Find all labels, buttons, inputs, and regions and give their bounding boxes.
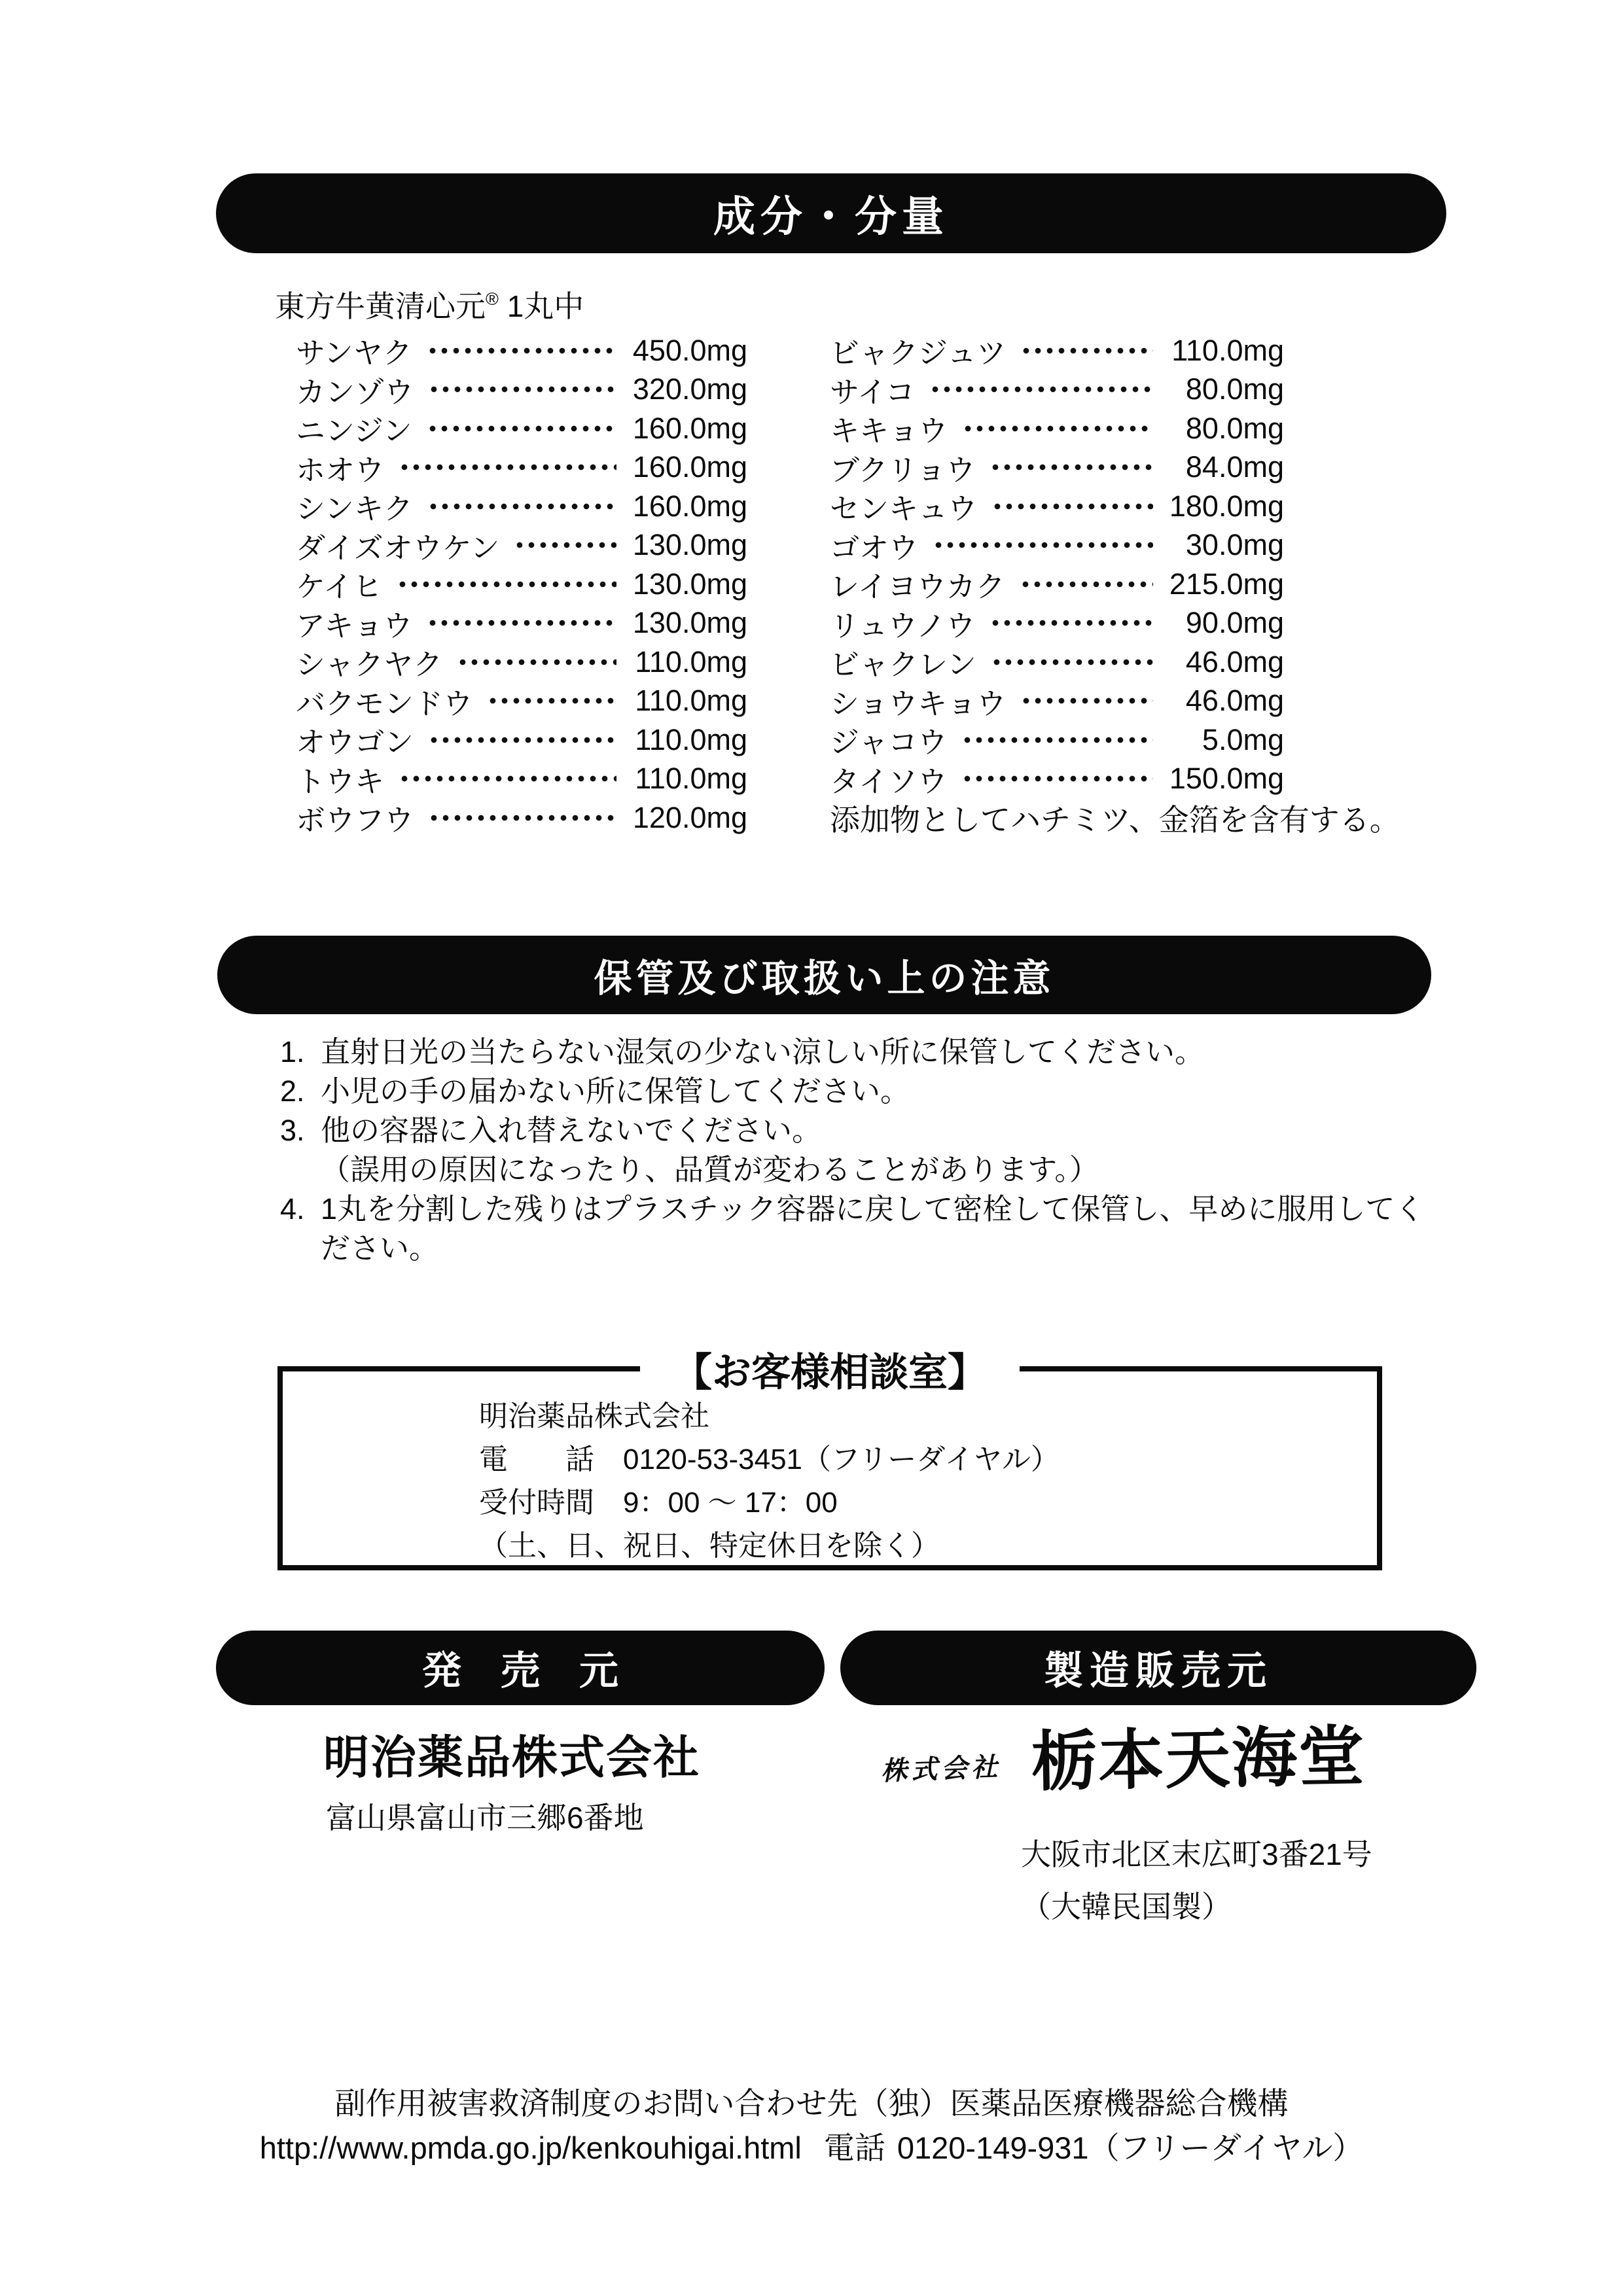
ingredient-name: ショウキョウ [830, 680, 1006, 722]
ingredient-row: バクモンドウ 110.0mg [296, 682, 747, 721]
dot-leader [427, 331, 616, 370]
section-header-manufacturer: 製造販売元 [840, 1631, 1476, 1705]
ingredient-row: カンゾウ 320.0mg [296, 370, 747, 410]
dot-leader [1020, 565, 1153, 604]
ingredient-row: トウキ 110.0mg [296, 760, 747, 799]
package-insert-page: 成分・分量 東方牛黄清心元® 1丸中 サンヤク 450.0mg カンゾウ 320… [0, 0, 1623, 2296]
ingredient-row: ダイズオウケン 130.0mg [296, 526, 747, 565]
ingredient-amount: 130.0mg [626, 528, 747, 562]
ingredient-amount: 160.0mg [626, 412, 747, 446]
footer-tel-number: 0120-149-931（フリーダイヤル） [897, 2130, 1363, 2165]
precaution-text: 1丸を分割した残りはプラスチック容器に戻して密栓して保管し、早めに服用してくださ… [321, 1190, 1438, 1268]
ingredient-row: レイヨウカク 215.0mg [830, 565, 1284, 604]
ingredient-amount: 110.0mg [626, 645, 747, 679]
ingredient-amount: 110.0mg [626, 762, 747, 796]
ingredient-name: ビャクジュツ [830, 329, 1006, 372]
ingredient-column-right: ビャクジュツ 110.0mg サイコ 80.0mg キキョウ 80.0mg [830, 331, 1284, 838]
product-unit-suffix: 1丸中 [507, 289, 584, 323]
precaution-item: （誤用の原因になったり、品質が変わることがあります。） [280, 1150, 1438, 1190]
ingredient-row: キキョウ 80.0mg [830, 409, 1284, 448]
ingredient-name: アキョウ [296, 602, 412, 645]
dot-leader [991, 643, 1153, 682]
additives-note: 添加物としてハチミツ、金箔を含有する。 [830, 798, 1284, 838]
ingredient-name: バクモンドウ [296, 680, 473, 722]
ingredient-name: サンヤク [296, 329, 412, 372]
precaution-item: 2. 小児の手の届かない所に保管してください。 [280, 1072, 1438, 1111]
contact-closed-note: （土、日、祝日、特定休日を除く） [479, 1525, 1377, 1568]
precaution-number: 1. [280, 1033, 321, 1072]
ingredient-name: センキュウ [830, 485, 977, 527]
phone-number: 0120-53-3451（フリーダイヤル） [623, 1438, 1060, 1481]
precaution-number: 3. [280, 1111, 321, 1150]
distributor-address: 富山県富山市三郷6番地 [326, 1794, 644, 1837]
dot-leader [399, 448, 616, 487]
dot-leader [991, 487, 1153, 526]
ingredient-amount: 450.0mg [626, 334, 747, 368]
ingredient-amount: 80.0mg [1162, 372, 1284, 406]
manufacturer-address: 大阪市北区末広町3番21号 [1021, 1831, 1372, 1874]
precaution-item: 1. 直射日光の当たらない湿気の少ない涼しい所に保管してください。 [280, 1033, 1438, 1072]
dot-leader [427, 487, 616, 526]
ingredient-row: ホオウ 160.0mg [296, 448, 747, 487]
ingredient-amount: 90.0mg [1162, 606, 1284, 640]
contact-phone-row: 電 話 0120-53-3451（フリーダイヤル） [479, 1438, 1377, 1481]
dot-leader [929, 370, 1153, 410]
customer-contact-box: 【お客様相談室】 明治薬品株式会社 電 話 0120-53-3451（フリーダイ… [277, 1366, 1382, 1570]
footer-url: http://www.pmda.go.jp/kenkouhigai.html [260, 2130, 802, 2165]
precaution-item: 4. 1丸を分割した残りはプラスチック容器に戻して密栓して保管し、早めに服用して… [280, 1190, 1438, 1268]
ingredient-name: ニンジン [296, 407, 412, 450]
dot-leader [990, 448, 1153, 487]
ingredient-amount: 160.0mg [626, 450, 747, 484]
ingredient-row: ブクリョウ 84.0mg [830, 448, 1284, 487]
ingredient-row: シンキク 160.0mg [296, 487, 747, 526]
dot-leader [961, 760, 1153, 799]
ingredient-name: ジャコウ [830, 718, 947, 761]
section-header-storage: 保管及び取扱い上の注意 [217, 936, 1431, 1014]
dot-leader [514, 526, 616, 565]
ingredient-name: オウゴン [296, 718, 414, 761]
ingredient-amount: 46.0mg [1162, 684, 1284, 718]
ingredient-name: ケイヒ [296, 563, 382, 605]
ingredient-amount: 180.0mg [1162, 489, 1284, 523]
registered-mark: ® [486, 289, 499, 309]
footer-tel-label: 電話 [824, 2130, 885, 2165]
dot-leader [399, 760, 616, 799]
ingredient-name: サイコ [830, 368, 915, 411]
precaution-number [280, 1150, 321, 1190]
ingredient-column-left: サンヤク 450.0mg カンゾウ 320.0mg ニンジン 160.0mg ホ… [296, 331, 747, 838]
dot-leader [990, 604, 1153, 643]
ingredient-amount: 160.0mg [626, 489, 747, 523]
ingredient-row: ニンジン 160.0mg [296, 409, 747, 448]
section-header-ingredients: 成分・分量 [216, 173, 1446, 253]
ingredient-amount: 5.0mg [1162, 723, 1284, 757]
ingredient-amount: 80.0mg [1162, 412, 1284, 446]
precaution-number: 2. [280, 1072, 321, 1111]
dot-leader [428, 798, 616, 838]
dot-leader [933, 526, 1153, 565]
product-name: 東方牛黄清心元 [275, 289, 486, 323]
precaution-text: 直射日光の当たらない湿気の少ない涼しい所に保管してください。 [321, 1033, 1438, 1072]
dot-leader [428, 720, 616, 760]
dot-leader [457, 643, 616, 682]
dot-leader [1020, 331, 1153, 370]
dot-leader [428, 370, 616, 410]
ingredient-name: ブクリョウ [830, 446, 975, 489]
ingredient-name: レイヨウカク [830, 563, 1005, 605]
ingredient-row: ビャクジュツ 110.0mg [830, 331, 1284, 370]
manufacturer-company-prefix: 株式会社 [880, 1746, 1002, 1788]
precaution-item: 3. 他の容器に入れ替えないでください。 [280, 1111, 1438, 1150]
ingredient-row: ビャクレン 46.0mg [830, 643, 1284, 682]
ingredient-amount: 320.0mg [626, 372, 747, 406]
dot-leader [961, 720, 1153, 760]
ingredient-amount: 120.0mg [626, 801, 747, 835]
section-header-distributor: 発 売 元 [216, 1631, 825, 1705]
ingredient-row: サンヤク 450.0mg [296, 331, 747, 370]
section-header-manufacturer-label: 製造販売元 [1044, 1640, 1273, 1696]
ingredient-row: シャクヤク 110.0mg [296, 643, 747, 682]
ingredient-amount: 130.0mg [626, 567, 747, 601]
ingredient-name: ボウフウ [296, 796, 414, 839]
dot-leader [962, 409, 1153, 448]
dot-leader [427, 409, 616, 448]
contact-hours-row: 受付時間 9：00 ～ 17：00 [479, 1481, 1377, 1525]
ingredient-amount: 110.0mg [626, 723, 747, 757]
ingredient-row: ケイヒ 130.0mg [296, 565, 747, 604]
ingredient-amount: 130.0mg [626, 606, 747, 640]
dot-leader [397, 565, 616, 604]
ingredient-row: ゴオウ 30.0mg [830, 526, 1284, 565]
contact-box-body: 明治薬品株式会社 電 話 0120-53-3451（フリーダイヤル） 受付時間 … [283, 1371, 1377, 1568]
contact-company: 明治薬品株式会社 [479, 1395, 1377, 1438]
ingredient-name: リュウノウ [830, 602, 975, 645]
ingredient-row: ショウキョウ 46.0mg [830, 682, 1284, 721]
ingredient-name: カンゾウ [296, 368, 414, 411]
hours-value: 9：00 ～ 17：00 [623, 1481, 838, 1525]
ingredient-name: シンキク [296, 485, 413, 527]
ingredient-amount: 110.0mg [1162, 334, 1284, 368]
ingredient-amount: 150.0mg [1162, 762, 1284, 796]
section-header-distributor-label: 発 売 元 [422, 1640, 618, 1696]
precaution-text: 小児の手の届かない所に保管してください。 [321, 1072, 1438, 1111]
ingredient-row: ボウフウ 120.0mg [296, 798, 747, 838]
ingredient-row: リュウノウ 90.0mg [830, 604, 1284, 643]
ingredient-amount: 84.0mg [1162, 450, 1284, 484]
footer-contact-line: http://www.pmda.go.jp/kenkouhigai.html電話… [0, 2124, 1623, 2168]
ingredient-name: タイソウ [830, 758, 947, 800]
ingredient-row: ジャコウ 5.0mg [830, 720, 1284, 760]
manufacturer-company-logo: 栃本天海堂 [1031, 1704, 1366, 1804]
ingredient-name: ゴオウ [830, 524, 918, 567]
precaution-text: （誤用の原因になったり、品質が変わることがあります。） [321, 1150, 1438, 1190]
ingredient-name: シャクヤク [296, 641, 442, 683]
ingredient-amount: 110.0mg [626, 684, 747, 718]
phone-label: 電 話 [479, 1438, 623, 1481]
contact-box-title: 【お客様相談室】 [640, 1341, 1020, 1398]
distributor-company: 明治薬品株式会社 [323, 1721, 700, 1787]
precaution-text: 他の容器に入れ替えないでください。 [321, 1111, 1438, 1150]
ingredient-row: オウゴン 110.0mg [296, 720, 747, 760]
ingredient-row: センキュウ 180.0mg [830, 487, 1284, 526]
manufacturer-origin-note: （大韓民国製） [1021, 1883, 1232, 1926]
dot-leader [427, 604, 616, 643]
ingredient-name: ホオウ [296, 446, 384, 489]
footer-relief-system-note: 副作用被害救済制度のお問い合わせ先（独）医薬品医療機器総合機構 [0, 2079, 1623, 2123]
dot-leader [1020, 682, 1153, 721]
ingredient-amount: 215.0mg [1162, 567, 1284, 601]
ingredient-name: ダイズオウケン [296, 524, 499, 567]
ingredient-name: キキョウ [830, 407, 948, 450]
ingredient-name: ビャクレン [830, 641, 976, 683]
ingredient-row: サイコ 80.0mg [830, 370, 1284, 410]
ingredient-amount: 46.0mg [1162, 645, 1284, 679]
dot-leader [487, 682, 616, 721]
precaution-number: 4. [280, 1190, 321, 1268]
hours-label: 受付時間 [479, 1481, 623, 1525]
ingredient-amount: 30.0mg [1162, 528, 1284, 562]
product-line: 東方牛黄清心元® 1丸中 [275, 283, 584, 326]
ingredient-row: タイソウ 150.0mg [830, 760, 1284, 799]
storage-precaution-list: 1. 直射日光の当たらない湿気の少ない涼しい所に保管してください。 2. 小児の… [280, 1033, 1438, 1268]
ingredient-name: トウキ [296, 758, 384, 800]
section-header-storage-label: 保管及び取扱い上の注意 [594, 947, 1054, 1002]
ingredient-row: アキョウ 130.0mg [296, 604, 747, 643]
section-header-ingredients-label: 成分・分量 [713, 183, 949, 243]
ingredient-column-right-rows: ビャクジュツ 110.0mg サイコ 80.0mg キキョウ 80.0mg [830, 331, 1284, 798]
